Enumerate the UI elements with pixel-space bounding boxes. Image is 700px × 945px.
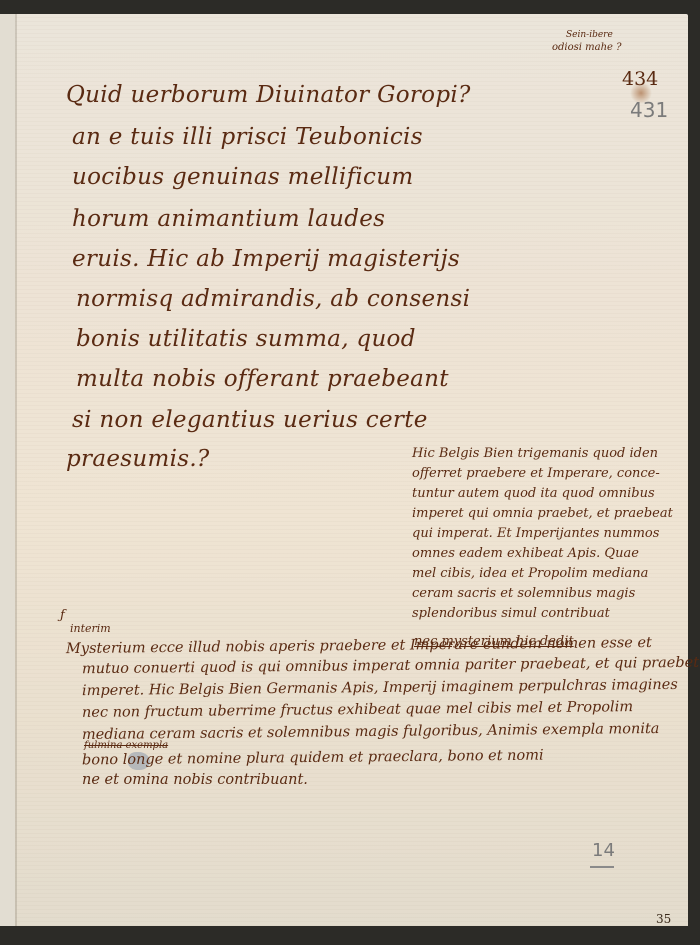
main-text-line: Quid uerborum Diuinator Goropi? [66, 82, 471, 108]
bottom-text-line: imperet. Hic Belgis Bien Germanis Apis, … [82, 677, 678, 699]
folio-number-ink: 434 [622, 68, 658, 90]
binding-gutter [15, 14, 17, 926]
side-note-line: qui imperat. Et Imperijantes nummos [412, 526, 659, 541]
main-text-line: bonis utilitatis summa, quod [76, 326, 416, 352]
side-note-line: offerret praebere et Imperare, conce- [412, 466, 660, 481]
insertion-mark: ƒ [60, 608, 65, 623]
main-text-line: an e tuis illi prisci Teubonicis [72, 124, 423, 150]
bottom-text-line: Mysterium ecce illud nobis aperis praebe… [66, 635, 652, 657]
bottom-text-line: ne et omina nobis contribuant. [82, 772, 308, 788]
main-text-line: praesumis.? [66, 446, 210, 472]
pencil-underline [590, 866, 614, 868]
main-text-line: multa nobis offerant praebeant [76, 366, 449, 392]
facing-page-edge [0, 14, 15, 926]
manuscript-page: Sein-ibere odiosi mahe ? 434 431 Quid ue… [0, 14, 688, 926]
side-note-line: Hic Belgis Bien trigemanis quod iden [412, 446, 658, 461]
insertion-label: interim [70, 622, 111, 635]
bottom-text-line: mediana ceram sacris et solemnibus magis… [82, 721, 660, 743]
archive-number-pencil: 14 [592, 840, 615, 861]
page-number: 35 [656, 912, 671, 926]
side-note-line: ceram sacris et solemnibus magis [412, 586, 635, 601]
main-text-line: horum animantium laudes [72, 206, 385, 232]
side-note-line: splendoribus simul contribuat [412, 606, 610, 621]
main-text-line: normisq admirandis, ab consensi [76, 286, 470, 312]
side-note-line: mel cibis, idea et Propolim mediana [412, 566, 648, 581]
top-right-note-line2: odiosi mahe ? [552, 42, 622, 53]
bottom-text-line: bono longe et nomine plura quidem et pra… [82, 748, 544, 769]
folio-number-pencil: 431 [630, 98, 668, 122]
side-note-line: imperet qui omnia praebet, et praebeat [412, 506, 673, 521]
top-right-note-line1: Sein-ibere [566, 30, 613, 40]
side-note-line: tuntur autem quod ita quod omnibus [412, 486, 655, 501]
side-note-line: omnes eadem exhibeat Apis. Quae [412, 546, 639, 561]
struck-insertion: fulmina exempla [84, 740, 168, 751]
bottom-text-line: mutuo conuerti quod is qui omnibus imper… [82, 655, 699, 677]
main-text-line: eruis. Hic ab Imperij magisterijs [72, 246, 460, 272]
main-text-line: si non elegantius uerius certe [72, 407, 428, 433]
bottom-text-line: nec non fructum uberrime fructus exhibea… [82, 699, 633, 721]
main-text-line: uocibus genuinas mellificum [72, 164, 413, 190]
